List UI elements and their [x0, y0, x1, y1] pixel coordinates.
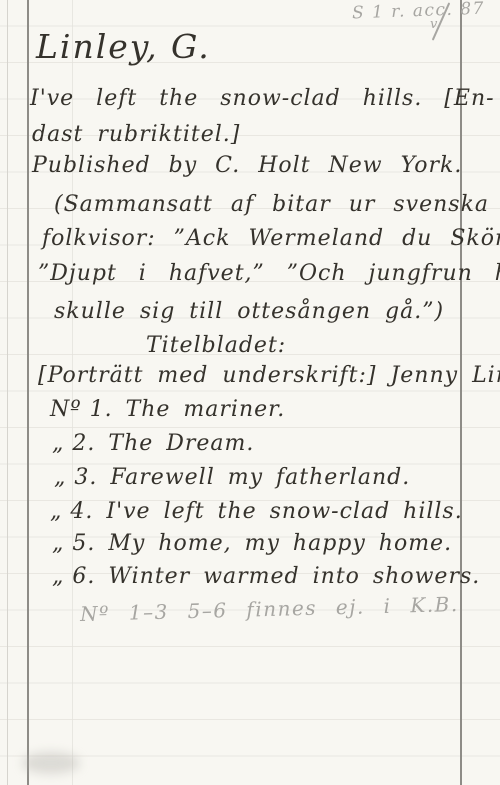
composer-heading: Linley, G. — [36, 28, 211, 66]
title-line-1: I've left the snow-clad hills. [En- — [30, 86, 495, 111]
track-row-6: „ 6.Winter warmed into showers. — [52, 564, 480, 589]
left-margin-line — [27, 0, 29, 785]
title-line-2: dast rubriktitel.] — [32, 122, 240, 147]
manuscript-catalog-card: S 1 r. acc. 87 v Linley, G. I've left th… — [0, 0, 500, 785]
track-number: „ 3. — [54, 465, 97, 490]
portrait-caption: [Porträtt med underskrift:] Jenny Lind. — [38, 363, 500, 388]
note-line-2: folkvisor: ”Ack Wermeland du Sköna”, — [42, 226, 500, 251]
track-row-2: „ 2.The Dream. — [52, 431, 254, 456]
pencil-check-mark: v — [430, 17, 437, 32]
accession-number-note: S 1 r. acc. 87 — [352, 0, 486, 24]
track-number: „ 6. — [52, 564, 95, 589]
note-line-1: (Sammansatt af bitar ur svenska — [54, 192, 489, 217]
track-title: Winter warmed into showers. — [108, 564, 480, 589]
track-row-1: Nº 1.The mariner. — [50, 397, 285, 422]
track-number: „ 5. — [52, 531, 95, 556]
paper-smudge — [22, 752, 80, 774]
track-number: „ 4. — [50, 499, 93, 524]
inner-margin-line — [72, 0, 73, 785]
track-title: Farewell my fatherland. — [110, 465, 410, 490]
track-title: The Dream. — [108, 431, 254, 456]
section-heading: Titelbladet: — [146, 333, 286, 358]
track-title: I've left the snow-clad hills. — [106, 499, 462, 524]
page-edge-line — [7, 0, 8, 785]
track-number: „ 2. — [52, 431, 95, 456]
track-title: My home, my happy home. — [108, 531, 452, 556]
note-line-3: ”Djupt i hafvet,” ”Och jungfrun hon — [38, 261, 500, 286]
note-line-4: skulle sig till ottesången gå.”) — [54, 299, 444, 324]
track-row-3: „ 3.Farewell my fatherland. — [54, 465, 410, 490]
library-holdings-pencil-note: Nº 1–3 5–6 finnes ej. i K.B. — [80, 593, 459, 626]
right-margin-line — [460, 0, 462, 785]
imprint-line: Published by C. Holt New York. — [32, 153, 462, 178]
track-row-5: „ 5.My home, my happy home. — [52, 531, 452, 556]
track-row-4: „ 4.I've left the snow-clad hills. — [50, 499, 463, 524]
track-number: Nº 1. — [50, 397, 113, 422]
track-title: The mariner. — [126, 397, 286, 422]
